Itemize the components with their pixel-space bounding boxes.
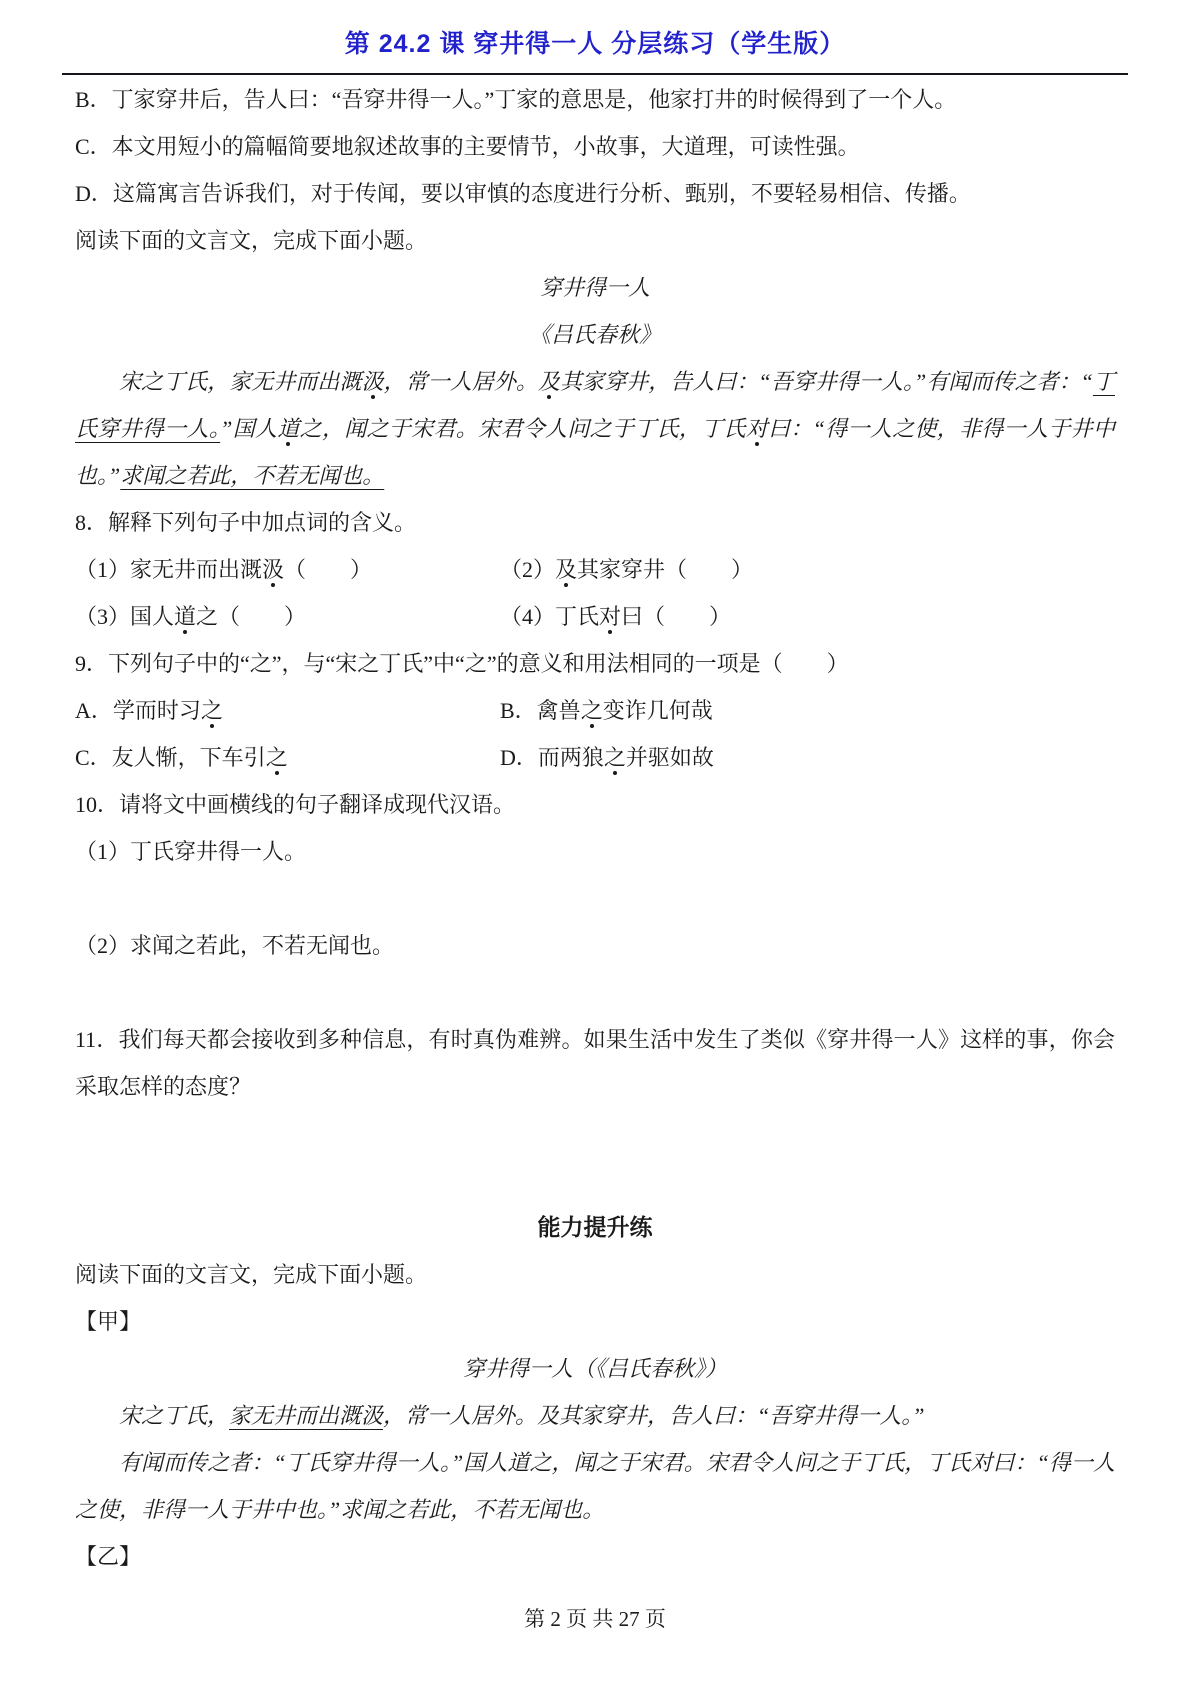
emphasis-dot-char: 道	[174, 604, 196, 629]
text-segment: 并驱如故	[626, 745, 714, 770]
text-segment: C．友人惭，下车引	[75, 745, 266, 770]
page-footer: 第 2 页 共 27 页	[0, 1598, 1190, 1640]
choice-option-b: B．丁家穿井后，告人曰：“吾穿井得一人。”丁家的意思是，他家打井的时候得到了一个…	[75, 76, 1115, 123]
text-segment: 其家穿井（ ）	[577, 557, 753, 582]
text-segment: 【甲】	[75, 1309, 141, 1334]
choice-option-c: C．本文用短小的篇幅简要地叙述故事的主要情节，小故事，大道理，可读性强。	[75, 123, 1115, 170]
text-segment: 阅读下面的文言文，完成下面小题。	[75, 1262, 427, 1287]
row-cell: （3）国人道之（ ）	[75, 593, 500, 640]
passage-source: 《吕氏春秋》	[75, 311, 1115, 358]
document-body: B．丁家穿井后，告人曰：“吾穿井得一人。”丁家的意思是，他家打井的时候得到了一个…	[0, 75, 1190, 1580]
question-8-items-row-2: （3）国人道之（ ）（4）丁氏对曰（ ）	[75, 593, 1115, 640]
passage-label-jia: 【甲】	[75, 1298, 1115, 1345]
passage-title: 穿井得一人	[75, 264, 1115, 311]
question-11: 11．我们每天都会接收到多种信息，有时真伪难辨。如果生活中发生了类似《穿井得一人…	[75, 1016, 1115, 1110]
reading-instruction: 阅读下面的文言文，完成下面小题。	[75, 217, 1115, 264]
row-cell: （2）及其家穿井（ ）	[500, 546, 1115, 593]
emphasis-dot-char: 汲	[362, 369, 384, 394]
text-segment: 其家穿井，告人曰：“吾穿井得一人。”有闻而传之者：“	[560, 369, 1093, 394]
emphasis-dot-char: 对	[599, 604, 621, 629]
emphasis-dot-char: 汲	[262, 557, 284, 582]
row-cell: （1）家无井而出溉汲（ ）	[75, 546, 500, 593]
text-segment: 9．下列句子中的“之”，与“宋之丁氏”中“之”的意义和用法相同的一项是（ ）	[75, 651, 849, 676]
blank-line	[75, 969, 1115, 1016]
underlined-text: 求闻之若此，不若无闻也。	[120, 463, 384, 488]
text-segment: 宋之丁氏，	[119, 1403, 229, 1428]
blank-line	[75, 1110, 1115, 1157]
text-segment: ，常一人居外。及其家穿井，告人曰：“吾穿井得一人。”	[383, 1403, 924, 1428]
emphasis-dot-char: 道	[277, 416, 299, 441]
question-10-item-1: （1）丁氏穿井得一人。	[75, 828, 1115, 875]
text-segment: 曰（ ）	[621, 604, 731, 629]
question-10-stem: 10．请将文中画横线的句子翻译成现代汉语。	[75, 781, 1115, 828]
blank-line	[75, 1157, 1115, 1204]
row-cell: （4）丁氏对曰（ ）	[500, 593, 1115, 640]
question-8-items-row-1: （1）家无井而出溉汲（ ）（2）及其家穿井（ ）	[75, 546, 1115, 593]
text-segment: 阅读下面的文言文，完成下面小题。	[75, 228, 427, 253]
document-header: 第 24.2 课 穿井得一人 分层练习（学生版）	[0, 0, 1190, 61]
document-page: 第 24.2 课 穿井得一人 分层练习（学生版） B．丁家穿井后，告人曰：“吾穿…	[0, 0, 1190, 1682]
question-8-stem: 8．解释下列句子中加点词的含义。	[75, 499, 1115, 546]
text-segment: C．本文用短小的篇幅简要地叙述故事的主要情节，小故事，大道理，可读性强。	[75, 134, 860, 159]
text-segment: 11．我们每天都会接收到多种信息，有时真伪难辨。如果生活中发生了类似《穿井得一人…	[75, 1027, 1115, 1099]
text-segment: （4）丁氏	[500, 604, 599, 629]
emphasis-dot-char: 之	[201, 698, 223, 723]
question-10-item-2: （2）求闻之若此，不若无闻也。	[75, 922, 1115, 969]
emphasis-dot-char: 之	[604, 745, 626, 770]
emphasis-dot-char: 对	[746, 416, 768, 441]
text-segment: 变诈几何哉	[603, 698, 713, 723]
text-segment: B．丁家穿井后，告人曰：“吾穿井得一人。”丁家的意思是，他家打井的时候得到了一个…	[75, 87, 956, 112]
passage-text: 有闻而传之者：“丁氏穿井得一人。”国人道之，闻之于宋君。宋君令人问之于丁氏，丁氏…	[75, 1439, 1115, 1533]
text-segment: 能力提升练	[538, 1214, 653, 1240]
passage-text: 宋之丁氏，家无井而出溉汲，常一人居外。及其家穿井，告人曰：“吾穿井得一人。”有闻…	[75, 358, 1115, 499]
emphasis-dot-char: 及	[538, 369, 560, 394]
passage-title: 穿井得一人（《吕氏春秋》）	[75, 1345, 1115, 1392]
passage-label-yi: 【乙】	[75, 1533, 1115, 1580]
text-segment: 8．解释下列句子中加点词的含义。	[75, 510, 416, 535]
page-title: 第 24.2 课 穿井得一人 分层练习（学生版）	[0, 27, 1190, 61]
row-cell: A．学而时习之	[75, 687, 500, 734]
text-segment: （1）丁氏穿井得一人。	[75, 839, 306, 864]
text-segment: （2）求闻之若此，不若无闻也。	[75, 933, 394, 958]
row-cell: C．友人惭，下车引之	[75, 734, 500, 781]
text-segment: 穿井得一人（《吕氏春秋》）	[463, 1356, 727, 1381]
row-cell: D．而两狼之并驱如故	[500, 734, 1115, 781]
choice-option-d: D．这篇寓言告诉我们，对于传闻，要以审慎的态度进行分析、甄别，不要轻易相信、传播…	[75, 170, 1115, 217]
text-segment: 穿井得一人	[540, 275, 650, 300]
page-number: 第 2 页 共 27 页	[524, 1607, 666, 1631]
emphasis-dot-char: 之	[266, 745, 288, 770]
text-segment: 之（ ）	[196, 604, 306, 629]
text-segment: A．学而时习	[75, 698, 201, 723]
text-segment: （ ）	[284, 557, 372, 582]
underlined-text: 家无井而出溉汲	[229, 1403, 383, 1428]
text-segment: ”国人	[220, 416, 277, 441]
text-segment: 《吕氏春秋》	[529, 322, 661, 347]
text-segment: 宋之丁氏，家无井而出溉	[119, 369, 362, 394]
emphasis-dot-char: 及	[555, 557, 577, 582]
text-segment: B．禽兽	[500, 698, 581, 723]
text-segment: 有闻而传之者：“丁氏穿井得一人。”国人道之，闻之于宋君。宋君令人问之于丁氏，丁氏…	[75, 1450, 1115, 1522]
emphasis-dot-char: 之	[581, 698, 603, 723]
text-segment: （1）家无井而出溉	[75, 557, 262, 582]
question-9-options-row-1: A．学而时习之B．禽兽之变诈几何哉	[75, 687, 1115, 734]
section-heading: 能力提升练	[75, 1204, 1115, 1251]
question-9-options-row-2: C．友人惭，下车引之D．而两狼之并驱如故	[75, 734, 1115, 781]
text-segment: （2）	[500, 557, 555, 582]
text-segment: 之，闻之于宋君。宋君令人问之于丁氏，丁氏	[300, 416, 746, 441]
text-segment: ，常一人居外。	[384, 369, 538, 394]
reading-instruction: 阅读下面的文言文，完成下面小题。	[75, 1251, 1115, 1298]
text-segment: 【乙】	[75, 1544, 141, 1569]
text-segment: 10．请将文中画横线的句子翻译成现代汉语。	[75, 792, 515, 817]
row-cell: B．禽兽之变诈几何哉	[500, 687, 1115, 734]
text-segment: D．这篇寓言告诉我们，对于传闻，要以审慎的态度进行分析、甄别，不要轻易相信、传播…	[75, 181, 971, 206]
blank-line	[75, 875, 1115, 922]
question-9-stem: 9．下列句子中的“之”，与“宋之丁氏”中“之”的意义和用法相同的一项是（ ）	[75, 640, 1115, 687]
text-segment: D．而两狼	[500, 745, 604, 770]
text-segment: （3）国人	[75, 604, 174, 629]
passage-text: 宋之丁氏，家无井而出溉汲，常一人居外。及其家穿井，告人曰：“吾穿井得一人。”	[75, 1392, 1115, 1439]
